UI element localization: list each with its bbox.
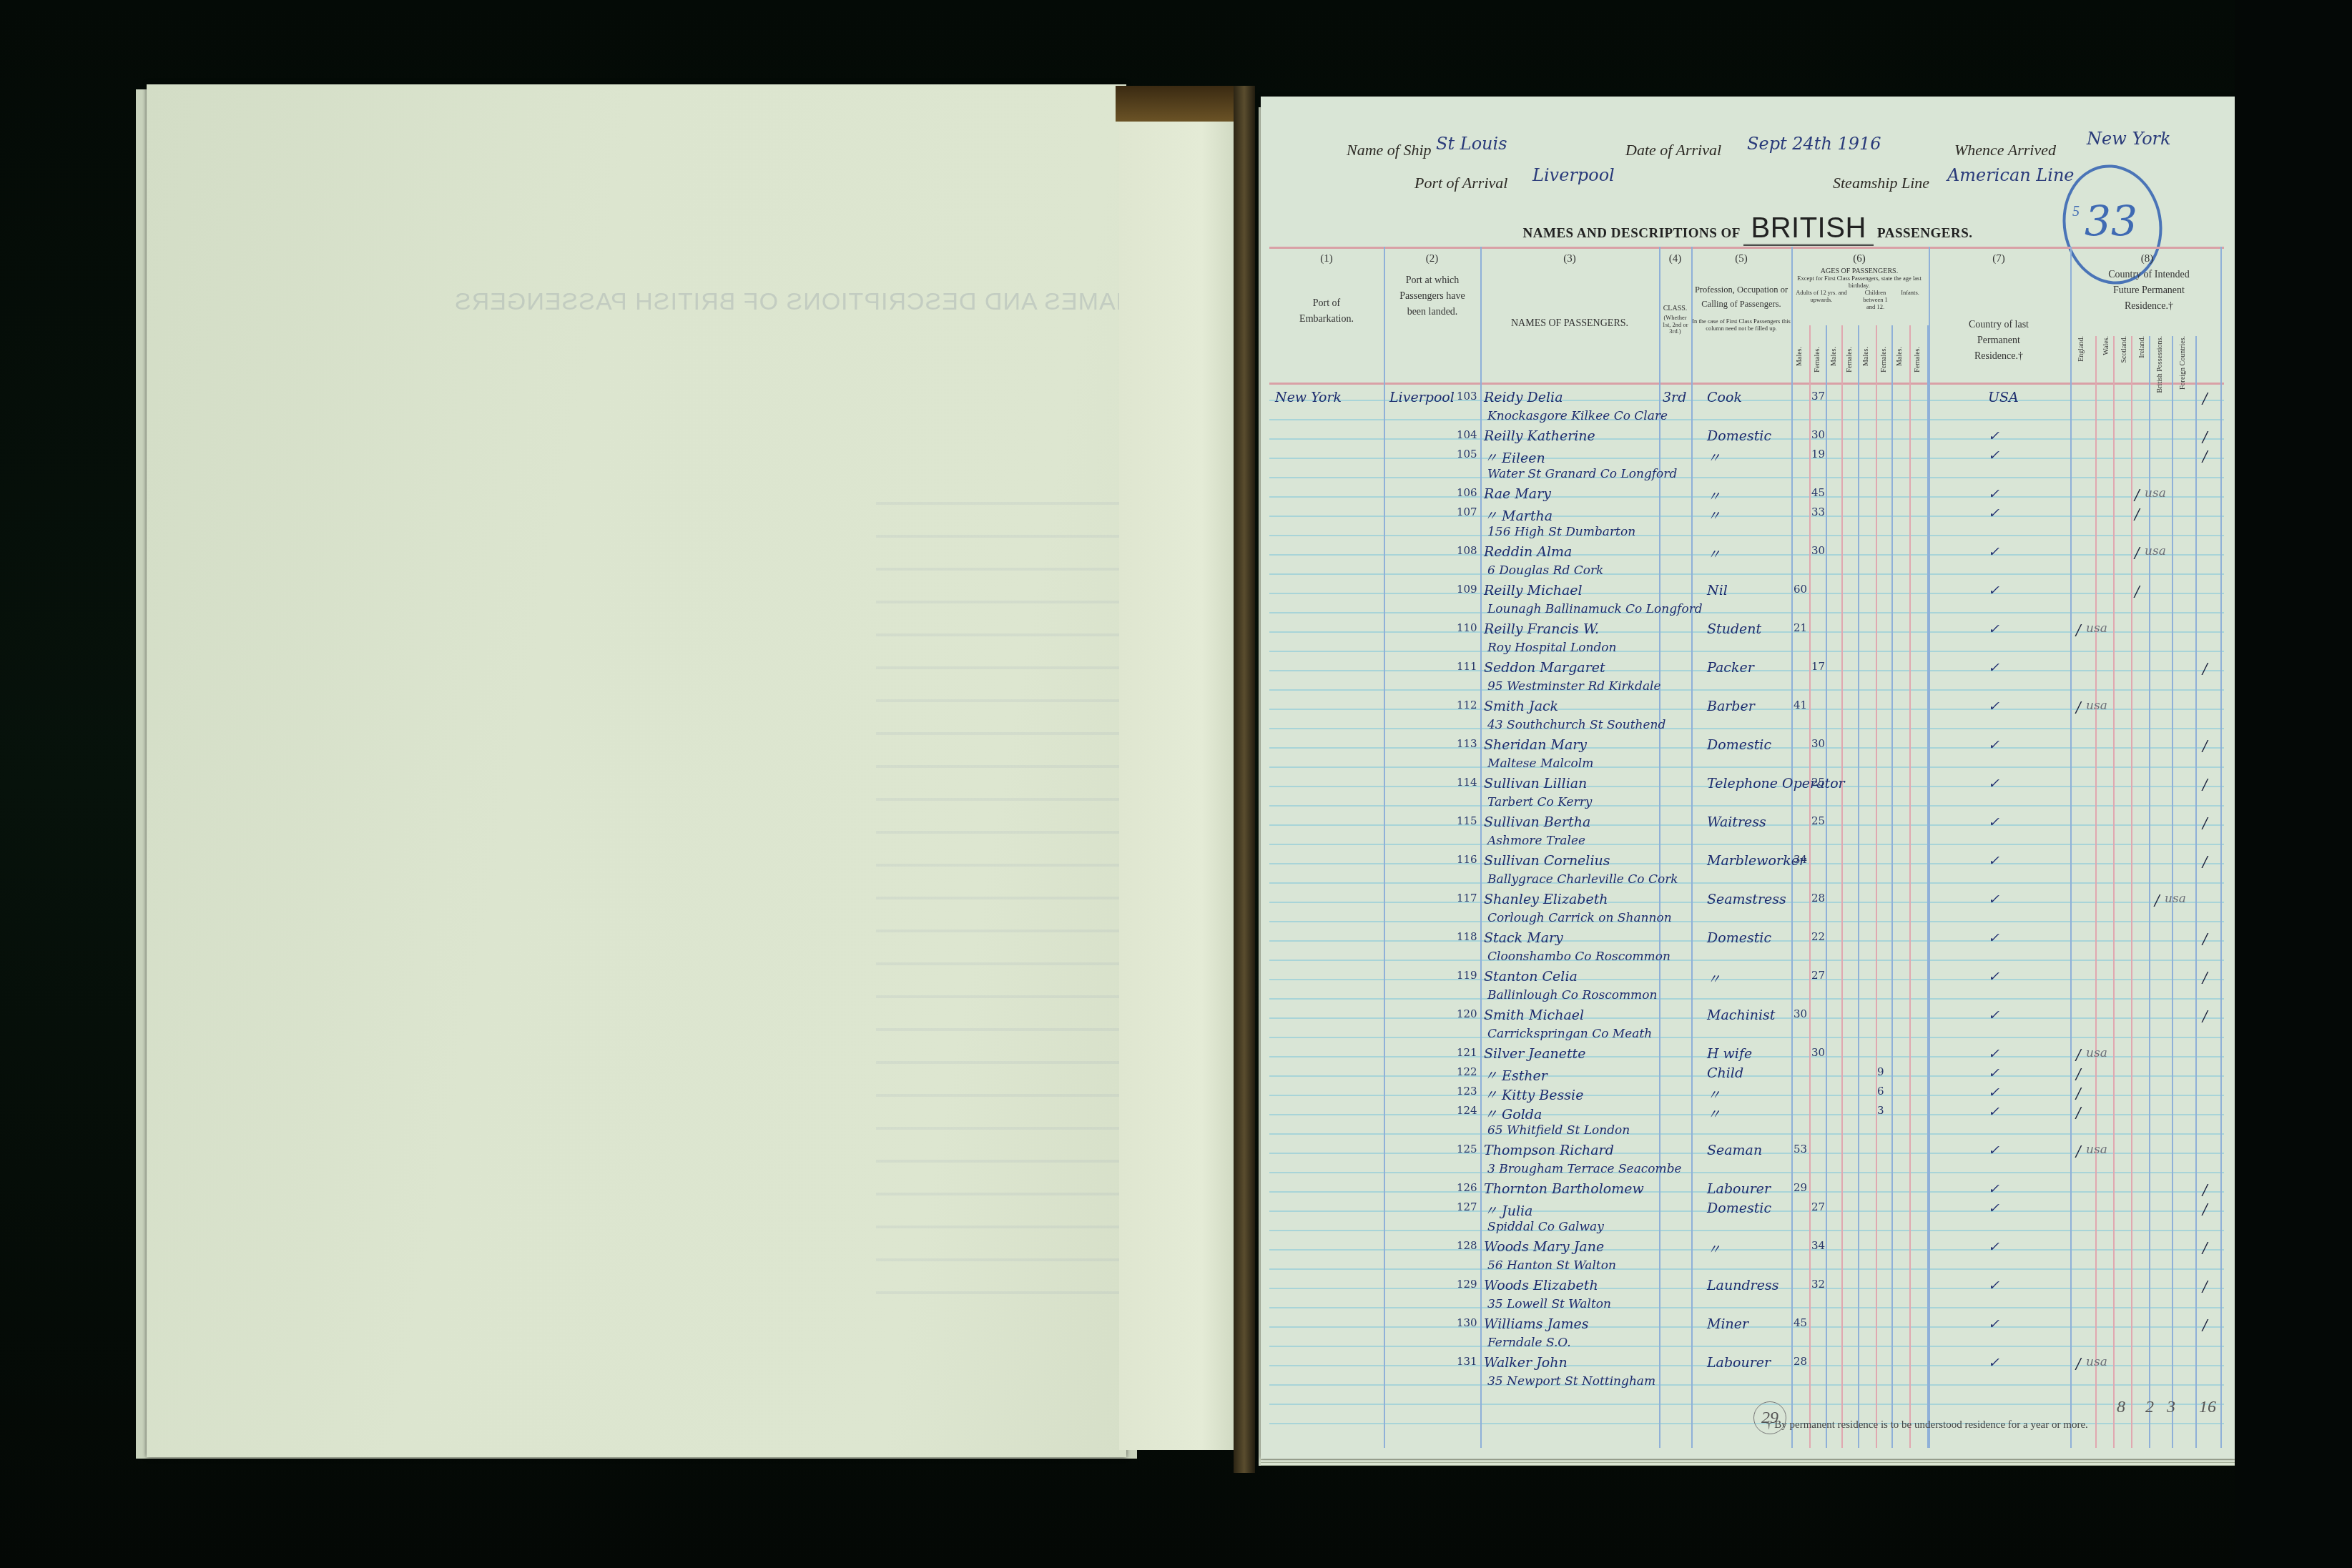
whence-arrived-value: New York xyxy=(2087,129,2171,149)
passenger-name: Sullivan Lillian xyxy=(1484,776,1587,792)
age-subcolumn-males: Males. xyxy=(1830,347,1838,366)
age: 19 xyxy=(1811,448,1825,460)
passenger-name: 〃 Martha xyxy=(1484,506,1553,525)
passenger-address: Ferndale S.O. xyxy=(1487,1336,1571,1350)
occupation: H wife xyxy=(1707,1046,1752,1062)
age: 21 xyxy=(1793,621,1807,634)
last-residence: ✓ xyxy=(1988,699,1999,714)
age-subcolumn-females: Females. xyxy=(1880,347,1888,373)
passenger-name: Thornton Bartholomew xyxy=(1484,1181,1644,1197)
passenger-number: 111 xyxy=(1457,660,1477,673)
last-residence: ✓ xyxy=(1988,1316,1999,1332)
occupation: Packer xyxy=(1707,660,1754,676)
occupation: 〃 xyxy=(1707,1239,1721,1258)
last-residence: ✓ xyxy=(1988,1143,1999,1158)
passenger-name: Rae Mary xyxy=(1484,486,1551,502)
folio-stamp-number: 33 xyxy=(2085,197,2137,245)
passenger-row: New YorkLiverpool103Reidy Delia3rdCook37… xyxy=(1269,390,2224,409)
address-row: Carrickspringan Co Meath xyxy=(1269,1027,2224,1046)
scan-border-right xyxy=(2235,0,2352,1568)
age: 60 xyxy=(1793,583,1807,596)
future-residence-mark: / xyxy=(2135,583,2140,600)
age: 32 xyxy=(1811,1278,1825,1291)
last-residence: ✓ xyxy=(1988,1065,1999,1081)
passenger-number: 107 xyxy=(1457,506,1477,518)
passenger-row: 107〃 Martha〃33✓/ xyxy=(1269,506,2224,525)
passenger-name: Sullivan Bertha xyxy=(1484,814,1590,830)
occupation: Domestic xyxy=(1707,930,1771,946)
passenger-row: 126Thornton BartholomewLabourer29✓/ xyxy=(1269,1181,2224,1200)
occupation: 〃 xyxy=(1707,969,1721,988)
address-row: Tarbert Co Kerry xyxy=(1269,795,2224,814)
total-foreign-countries: 16 xyxy=(2199,1398,2216,1417)
passenger-address: 95 Westminster Rd Kirkdale xyxy=(1487,679,1661,694)
passenger-number: 130 xyxy=(1457,1316,1477,1329)
passenger-number: 110 xyxy=(1457,621,1477,634)
passenger-name: Sullivan Cornelius xyxy=(1484,853,1610,869)
occupation: Labourer xyxy=(1707,1355,1771,1371)
passenger-row: 125Thompson RichardSeaman53✓/usa xyxy=(1269,1143,2224,1162)
last-residence: ✓ xyxy=(1988,737,1999,753)
footnote: † By permanent residence is to be unders… xyxy=(1766,1419,2088,1431)
address-row: 95 Westminster Rd Kirkdale xyxy=(1269,679,2224,699)
age: 9 xyxy=(1877,1065,1884,1078)
col6-header: (6)AGES OF PASSENGERS.Except for First C… xyxy=(1791,251,1927,290)
passenger-number: 106 xyxy=(1457,486,1477,499)
address-row: Ballygrace Charleville Co Cork xyxy=(1269,872,2224,892)
passenger-address: Ashmore Tralee xyxy=(1487,834,1585,848)
passenger-row: 127〃 JuliaDomestic27✓/ xyxy=(1269,1200,2224,1220)
passenger-name: 〃 Kitty Bessie xyxy=(1484,1085,1583,1104)
residence-note: usa xyxy=(2086,621,2107,636)
port-of-arrival-label: Port of Arrival xyxy=(1414,174,1507,192)
children-group: Children between 1 and 12. xyxy=(1859,290,1891,310)
passenger-name: Woods Elizabeth xyxy=(1484,1278,1598,1293)
residence-note: usa xyxy=(2145,544,2166,558)
passenger-name: Reilly Katherine xyxy=(1484,428,1595,444)
last-residence: ✓ xyxy=(1988,1239,1999,1255)
residence-note: usa xyxy=(2145,486,2166,501)
future-residence-mark: / xyxy=(2076,699,2081,716)
passenger-name: Seddon Margaret xyxy=(1484,660,1605,676)
age: 34 xyxy=(1811,1239,1825,1252)
passenger-address: Ballygrace Charleville Co Cork xyxy=(1487,872,1678,887)
last-residence: ✓ xyxy=(1988,1046,1999,1062)
passenger-number: 128 xyxy=(1457,1239,1477,1252)
address-row: 43 Southchurch St Southend xyxy=(1269,718,2224,737)
occupation: 〃 xyxy=(1707,544,1721,563)
future-residence-mark: / xyxy=(2203,1200,2208,1218)
passenger-row: 119Stanton Celia〃27✓/ xyxy=(1269,969,2224,988)
age: 27 xyxy=(1811,969,1825,982)
address-row: Lounagh Ballinamuck Co Longford xyxy=(1269,602,2224,621)
passenger-address: 6 Douglas Rd Cork xyxy=(1487,563,1603,578)
passenger-number: 121 xyxy=(1457,1046,1477,1059)
binding-gutter xyxy=(1234,86,1255,1473)
port-landed: Liverpool xyxy=(1389,390,1455,405)
date-of-arrival-label: Date of Arrival xyxy=(1625,141,1721,159)
passenger-number: 125 xyxy=(1457,1143,1477,1155)
passenger-row: 110Reilly Francis W.Student21✓/usa xyxy=(1269,621,2224,641)
passenger-address: Roy Hospital London xyxy=(1487,641,1617,655)
passenger-number: 116 xyxy=(1457,853,1477,866)
passenger-name: Reidy Delia xyxy=(1484,390,1563,405)
passenger-row: 122〃 EstherChild9✓/ xyxy=(1269,1065,2224,1085)
passenger-address: Maltese Malcolm xyxy=(1487,756,1593,771)
passenger-row: 124〃 Golda〃3✓/ xyxy=(1269,1104,2224,1123)
passenger-address: Tarbert Co Kerry xyxy=(1487,795,1592,809)
age: 6 xyxy=(1877,1085,1884,1098)
passenger-row: 105〃 Eileen〃19✓/ xyxy=(1269,448,2224,467)
age: 25 xyxy=(1811,776,1825,789)
address-row: Cloonshambo Co Roscommon xyxy=(1269,950,2224,969)
occupation: 〃 xyxy=(1707,1104,1721,1123)
bleed-through-heading: NAMES AND DESCRIPTIONS OF BRITISH PASSEN… xyxy=(454,288,1133,316)
future-residence-england: England. xyxy=(2077,336,2085,362)
address-row: 65 Whitfield St London xyxy=(1269,1123,2224,1143)
passenger-number: 126 xyxy=(1457,1181,1477,1194)
passenger-address: 35 Newport St Nottingham xyxy=(1487,1374,1655,1389)
occupation: 〃 xyxy=(1707,1085,1721,1104)
last-residence: ✓ xyxy=(1988,892,1999,907)
address-row: 3 Brougham Terrace Seacombe xyxy=(1269,1162,2224,1181)
age: 34 xyxy=(1793,853,1807,866)
passenger-name: 〃 Julia xyxy=(1484,1200,1532,1220)
passenger-number: 115 xyxy=(1457,814,1477,827)
last-residence: ✓ xyxy=(1988,506,1999,521)
occupation: Machinist xyxy=(1707,1007,1775,1023)
occupation: Domestic xyxy=(1707,737,1771,753)
left-page-flap xyxy=(1119,120,1237,1450)
passenger-row: 131Walker JohnLabourer28✓/usa xyxy=(1269,1355,2224,1374)
age: 53 xyxy=(1793,1143,1807,1155)
last-residence: ✓ xyxy=(1988,776,1999,792)
address-row: 56 Hanton St Walton xyxy=(1269,1258,2224,1278)
future-residence-mark: / xyxy=(2135,544,2140,561)
passenger-number: 122 xyxy=(1457,1065,1477,1078)
last-residence: ✓ xyxy=(1988,621,1999,637)
passenger-name: Reilly Francis W. xyxy=(1484,621,1599,637)
occupation: 〃 xyxy=(1707,448,1721,467)
future-residence-mark: / xyxy=(2203,448,2208,465)
passenger-name: Stanton Celia xyxy=(1484,969,1578,985)
passenger-row: 109Reilly MichaelNil60✓/ xyxy=(1269,583,2224,602)
occupation: 〃 xyxy=(1707,506,1721,525)
future-residence-mark: / xyxy=(2203,1007,2208,1025)
age: 28 xyxy=(1811,892,1825,904)
age-subcolumn-females: Females. xyxy=(1914,347,1922,373)
passenger-name: Shanley Elizabeth xyxy=(1484,892,1608,907)
last-residence: ✓ xyxy=(1988,448,1999,463)
occupation: Miner xyxy=(1707,1316,1748,1332)
future-residence-mark: / xyxy=(2203,969,2208,986)
residence-note: usa xyxy=(2086,1046,2107,1060)
age: 30 xyxy=(1811,737,1825,750)
passenger-name: 〃 Eileen xyxy=(1484,448,1545,467)
age: 25 xyxy=(1811,814,1825,827)
future-residence-britishpossessions: British Possessions. xyxy=(2156,336,2164,393)
future-residence-mark: / xyxy=(2203,776,2208,793)
last-residence: ✓ xyxy=(1988,1278,1999,1293)
passenger-row: 128Woods Mary Jane〃34✓/ xyxy=(1269,1239,2224,1258)
ship-name-label: Name of Ship xyxy=(1347,141,1432,159)
passenger-number: 103 xyxy=(1457,390,1477,403)
passenger-row: 115Sullivan BerthaWaitress25✓/ xyxy=(1269,814,2224,834)
future-residence-foreigncountries: Foreign Countries. xyxy=(2179,336,2187,390)
future-residence-mark: / xyxy=(2203,1316,2208,1333)
passenger-name: Walker John xyxy=(1484,1355,1568,1371)
passenger-address: Ballinlough Co Roscommon xyxy=(1487,988,1657,1002)
passenger-address: Knockasgore Kilkee Co Clare xyxy=(1487,409,1668,423)
future-residence-mark: / xyxy=(2076,1065,2081,1083)
passenger-address: 65 Whitfield St London xyxy=(1487,1123,1630,1138)
residence-note: usa xyxy=(2165,892,2186,906)
passenger-name: 〃 Esther xyxy=(1484,1065,1548,1085)
address-row: 6 Douglas Rd Cork xyxy=(1269,563,2224,583)
col1-header: (1)Port of Embarkation. xyxy=(1269,251,1384,327)
address-row: 35 Newport St Nottingham xyxy=(1269,1374,2224,1394)
total-england: 8 xyxy=(2117,1398,2125,1417)
whence-arrived-label: Whence Arrived xyxy=(1954,141,2056,159)
ship-name-value: St Louis xyxy=(1436,134,1507,154)
last-residence: ✓ xyxy=(1988,428,1999,444)
passenger-name: Woods Mary Jane xyxy=(1484,1239,1604,1255)
infants-group: Infants. xyxy=(1893,290,1927,297)
passenger-name: Smith Jack xyxy=(1484,699,1558,714)
future-residence-mark: / xyxy=(2155,892,2160,909)
passenger-number: 105 xyxy=(1457,448,1477,460)
future-residence-mark: / xyxy=(2076,621,2081,638)
age-subcolumn-males: Males. xyxy=(1796,347,1804,366)
age: 45 xyxy=(1793,1316,1807,1329)
residence-note: usa xyxy=(2086,699,2107,713)
future-residence-mark: / xyxy=(2203,660,2208,677)
col8-header: (8)Country of Intended Future Permanent … xyxy=(2070,251,2224,314)
address-row: Ashmore Tralee xyxy=(1269,834,2224,853)
passenger-row: 121Silver JeanetteH wife30✓/usa xyxy=(1269,1046,2224,1065)
age: 30 xyxy=(1811,1046,1825,1059)
port-of-embarkation: New York xyxy=(1275,390,1342,405)
occupation: Labourer xyxy=(1707,1181,1771,1197)
age: 27 xyxy=(1811,1200,1825,1213)
future-residence-mark: / xyxy=(2203,1278,2208,1295)
address-row: Spiddal Co Galway xyxy=(1269,1220,2224,1239)
last-residence: ✓ xyxy=(1988,853,1999,869)
future-residence-mark: / xyxy=(2076,1355,2081,1372)
steamship-line-value: American Line xyxy=(1947,165,2075,185)
future-residence-ireland: Ireland. xyxy=(2138,336,2146,358)
last-residence: ✓ xyxy=(1988,1085,1999,1100)
last-residence: ✓ xyxy=(1988,1181,1999,1197)
future-residence-mark: / xyxy=(2203,1239,2208,1256)
age-subcolumn-females: Females. xyxy=(1814,347,1821,373)
occupation: Domestic xyxy=(1707,428,1771,444)
total-british-possessions: 3 xyxy=(2167,1398,2175,1417)
passenger-number: 118 xyxy=(1457,930,1477,943)
passenger-row: 113Sheridan MaryDomestic30✓/ xyxy=(1269,737,2224,756)
passenger-address: 3 Brougham Terrace Seacombe xyxy=(1487,1162,1682,1176)
passenger-address: Corlough Carrick on Shannon xyxy=(1487,911,1672,925)
passenger-name: Stack Mary xyxy=(1484,930,1563,946)
age: 37 xyxy=(1811,390,1825,403)
passenger-row: 123〃 Kitty Bessie〃6✓/ xyxy=(1269,1085,2224,1104)
address-row: Ballinlough Co Roscommon xyxy=(1269,988,2224,1007)
future-residence-mark: / xyxy=(2076,1104,2081,1121)
passenger-row: 120Smith MichaelMachinist30✓/ xyxy=(1269,1007,2224,1027)
passenger-name: Sheridan Mary xyxy=(1484,737,1587,753)
last-residence: ✓ xyxy=(1988,1104,1999,1120)
passenger-address: 43 Southchurch St Southend xyxy=(1487,718,1665,732)
col3-header: (3)NAMES OF PASSENGERS. xyxy=(1480,251,1659,332)
passenger-number: 104 xyxy=(1457,428,1477,441)
passenger-row: 129Woods ElizabethLaundress32✓/ xyxy=(1269,1278,2224,1297)
passenger-row: 104Reilly KatherineDomestic30✓/ xyxy=(1269,428,2224,448)
last-residence: ✓ xyxy=(1988,1007,1999,1023)
passenger-number: 123 xyxy=(1457,1085,1477,1098)
occupation: Waitress xyxy=(1707,814,1766,830)
passenger-address: Spiddal Co Galway xyxy=(1487,1220,1604,1234)
last-residence: ✓ xyxy=(1988,969,1999,985)
residence-note: usa xyxy=(2086,1143,2107,1157)
future-residence-wales: Wales. xyxy=(2102,336,2110,355)
age-subcolumn-males: Males. xyxy=(1862,347,1870,366)
last-residence: ✓ xyxy=(1988,814,1999,830)
address-row: Maltese Malcolm xyxy=(1269,756,2224,776)
passenger-number: 124 xyxy=(1457,1104,1477,1117)
occupation: Child xyxy=(1707,1065,1743,1081)
address-row: Water St Granard Co Longford xyxy=(1269,467,2224,486)
future-residence-mark: / xyxy=(2203,737,2208,754)
port-of-arrival-value: Liverpool xyxy=(1532,165,1615,185)
binding-spine xyxy=(1116,86,1241,122)
age: 30 xyxy=(1793,1007,1807,1020)
passenger-row: 116Sullivan CorneliusMarbleworker34✓/ xyxy=(1269,853,2224,872)
age: 30 xyxy=(1811,544,1825,557)
age-subcolumn-males: Males. xyxy=(1896,347,1904,366)
passenger-number: 108 xyxy=(1457,544,1477,557)
passenger-number: 117 xyxy=(1457,892,1477,904)
age: 30 xyxy=(1811,428,1825,441)
age: 29 xyxy=(1793,1181,1807,1194)
last-residence: ✓ xyxy=(1988,1200,1999,1216)
col4-header: (4)CLASS.(Whether 1st, 2nd or 3rd.) xyxy=(1659,251,1691,335)
left-page-blank: NAMES AND DESCRIPTIONS OF BRITISH PASSEN… xyxy=(147,84,1126,1457)
last-residence: ✓ xyxy=(1988,660,1999,676)
adults-group: Adults of 12 yrs. and upwards. xyxy=(1793,290,1850,304)
passenger-address: Water St Granard Co Longford xyxy=(1487,467,1677,481)
occupation: Nil xyxy=(1707,583,1728,598)
address-row: Roy Hospital London xyxy=(1269,641,2224,660)
passenger-name: Williams James xyxy=(1484,1316,1589,1332)
header-top-rule xyxy=(1269,247,2224,249)
future-residence-mark: / xyxy=(2203,390,2208,407)
passenger-row: 114Sullivan LillianTelephone Operator25✓… xyxy=(1269,776,2224,795)
address-row: Corlough Carrick on Shannon xyxy=(1269,911,2224,930)
passenger-address: 56 Hanton St Walton xyxy=(1487,1258,1616,1273)
address-row: Ferndale S.O. xyxy=(1269,1336,2224,1355)
passenger-name: Silver Jeanette xyxy=(1484,1046,1585,1062)
occupation: Domestic xyxy=(1707,1200,1771,1216)
occupation: 〃 xyxy=(1707,486,1721,506)
age: 33 xyxy=(1811,506,1825,518)
future-residence-mark: / xyxy=(2203,1181,2208,1198)
last-residence: ✓ xyxy=(1988,583,1999,598)
passenger-table: (1)Port of Embarkation. (2)Port at which… xyxy=(1269,247,2224,1448)
age: 3 xyxy=(1877,1104,1884,1117)
age: 41 xyxy=(1793,699,1807,711)
future-residence-mark: / xyxy=(2203,814,2208,832)
future-residence-mark: / xyxy=(2076,1143,2081,1160)
passenger-name: Reddin Alma xyxy=(1484,544,1572,560)
passenger-name: Smith Michael xyxy=(1484,1007,1584,1023)
passenger-address: Carrickspringan Co Meath xyxy=(1487,1027,1652,1041)
col7-header: (7)Country of last Permanent Residence.† xyxy=(1927,251,2070,364)
passenger-name: Thompson Richard xyxy=(1484,1143,1614,1158)
occupation: Student xyxy=(1707,621,1761,637)
total-ireland: 2 xyxy=(2145,1398,2154,1417)
passenger-address: 156 High St Dumbarton xyxy=(1487,525,1635,539)
passenger-row: 106Rae Mary〃45✓/usa xyxy=(1269,486,2224,506)
passenger-number: 127 xyxy=(1457,1200,1477,1213)
last-residence: ✓ xyxy=(1988,486,1999,502)
passenger-row: 118Stack MaryDomestic22✓/ xyxy=(1269,930,2224,950)
occupation: Cook xyxy=(1707,390,1742,405)
passenger-address: Cloonshambo Co Roscommon xyxy=(1487,950,1670,964)
age: 22 xyxy=(1811,930,1825,943)
passenger-class: 3rd xyxy=(1663,390,1686,405)
address-row: Knockasgore Kilkee Co Clare xyxy=(1269,409,2224,428)
future-residence-mark: / xyxy=(2203,853,2208,870)
future-residence-mark: / xyxy=(2203,428,2208,445)
address-row: 35 Lowell St Walton xyxy=(1269,1297,2224,1316)
address-row: 156 High St Dumbarton xyxy=(1269,525,2224,544)
future-residence-mark: / xyxy=(2135,486,2140,503)
date-of-arrival-value: Sept 24th 1916 xyxy=(1747,134,1881,154)
passenger-number: 112 xyxy=(1457,699,1477,711)
passenger-row: 111Seddon MargaretPacker17✓/ xyxy=(1269,660,2224,679)
age: 28 xyxy=(1793,1355,1807,1368)
passenger-name: Reilly Michael xyxy=(1484,583,1583,598)
passenger-row: 117Shanley ElizabethSeamstress28✓/usa xyxy=(1269,892,2224,911)
passenger-number: 114 xyxy=(1457,776,1477,789)
last-residence: ✓ xyxy=(1988,1355,1999,1371)
occupation: Laundress xyxy=(1707,1278,1778,1293)
future-residence-mark: / xyxy=(2076,1046,2081,1063)
occupation: Seamstress xyxy=(1707,892,1786,907)
passenger-row: 130Williams JamesMiner45✓/ xyxy=(1269,1316,2224,1336)
occupation: Marbleworker xyxy=(1707,853,1806,869)
col5-header: (5)Profession, Occupation or Calling of … xyxy=(1691,251,1791,332)
passenger-number: 120 xyxy=(1457,1007,1477,1020)
age-subcolumn-females: Females. xyxy=(1846,347,1854,373)
future-residence-scotland: Scotland. xyxy=(2120,336,2128,363)
passenger-number: 129 xyxy=(1457,1278,1477,1291)
last-residence: USA xyxy=(1988,390,2019,405)
passenger-name: 〃 Golda xyxy=(1484,1104,1542,1123)
last-residence: ✓ xyxy=(1988,930,1999,946)
passenger-address: 35 Lowell St Walton xyxy=(1487,1297,1611,1311)
last-residence: ✓ xyxy=(1988,544,1999,560)
passenger-number: 113 xyxy=(1457,737,1477,750)
occupation: Barber xyxy=(1707,699,1755,714)
occupation: Seaman xyxy=(1707,1143,1762,1158)
passenger-number: 119 xyxy=(1457,969,1477,982)
residence-note: usa xyxy=(2086,1355,2107,1369)
passenger-address: Lounagh Ballinamuck Co Longford xyxy=(1487,602,1703,616)
passenger-row: 112Smith JackBarber41✓/usa xyxy=(1269,699,2224,718)
col2-header: (2)Port at which Passengers have been la… xyxy=(1384,251,1480,320)
passenger-row: 108Reddin Alma〃30✓/usa xyxy=(1269,544,2224,563)
